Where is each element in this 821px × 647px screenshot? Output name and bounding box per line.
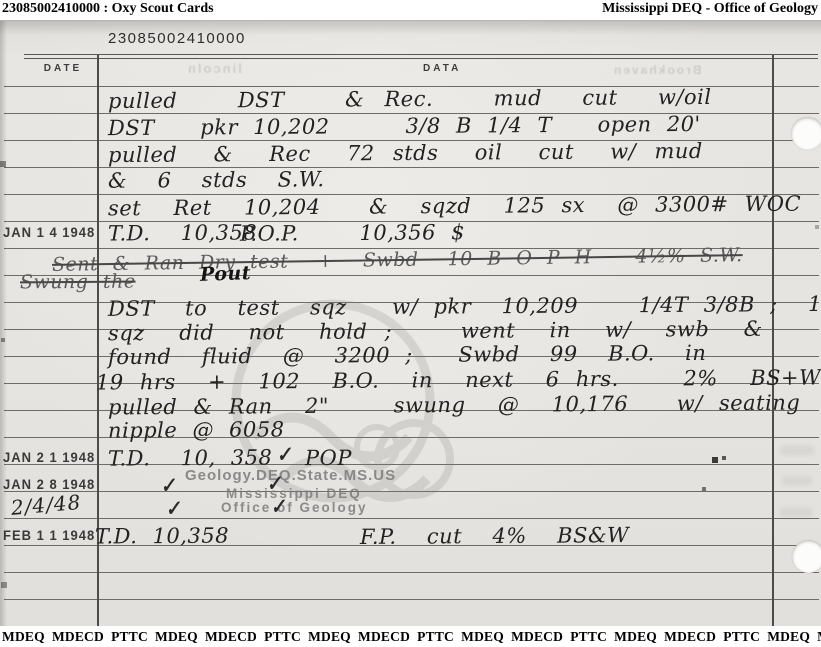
- entry-text: set Ret 10,204 & sqzd 125 sx @ 3300# WOC: [108, 192, 801, 221]
- page-footer-bar: MDEQ MDECD PTTC MDEQ MDECD PTTC MDEQ MDE…: [0, 626, 821, 647]
- page-title-left: 23085002410000 : Oxy Scout Cards: [2, 1, 214, 17]
- scanned-scout-card: lincoln Brookhaven 23085002410000 DATE D…: [0, 20, 821, 627]
- date-stamp: JAN 2 8 1948: [3, 476, 99, 492]
- entry-text: pulled DST & Rec. mud cut w/oil: [108, 85, 712, 113]
- entry-text-crossed-out: Swung the: [20, 271, 136, 294]
- ledger-row: pulled DST & Rec. mud cut w/oil: [0, 87, 775, 114]
- punch-hole: [791, 117, 821, 150]
- entry-text-secondary: F.P. cut 4% BS&W: [360, 523, 629, 549]
- entry-text: T.D. 10,358: [108, 220, 257, 245]
- checkmark-icon: ✓: [158, 474, 178, 498]
- ledger-row: FEB 1 1 1948 T.D. 10,358 F.P. cut 4% BS&…: [0, 524, 775, 551]
- ledger-row: 2/4/48 ✓ ✓: [0, 498, 775, 525]
- ledger-row: pulled & Rec 72 stds oil cut w/ mud: [0, 141, 775, 168]
- entry-text: pulled & Ran 2" swung @ 10,176 w/ seatin…: [108, 391, 800, 420]
- page-title-right: Mississippi DEQ - Office of Geology: [602, 1, 818, 17]
- ledger-row: JAN 1 4 1948 T.D. 10,358 P.O.P. 10,356 $: [0, 221, 775, 248]
- ledger-row: nipple @ 6058: [0, 418, 775, 445]
- bleedthrough-smudge: [780, 446, 814, 455]
- date-stamp: JAN 1 4 1948: [3, 224, 99, 240]
- date-stamp: FEB 1 1 1948: [3, 527, 99, 543]
- entry-text-secondary: Pout: [200, 262, 252, 286]
- scan-specks: [0, 21, 2, 23]
- page-header-bar: 23085002410000 : Oxy Scout Cards Mississ…: [0, 0, 821, 20]
- ledger-row: JAN 2 8 1948 ✓ ✓: [0, 473, 775, 500]
- bleedthrough-town-text: Brookhaven: [612, 63, 701, 77]
- ledger-row: set Ret 10,204 & sqzd 125 sx @ 3300# WOC: [0, 194, 775, 221]
- checkmark-icon: ✓: [264, 472, 284, 496]
- entry-text-secondary: P.O.P. 10,356 $: [240, 220, 465, 246]
- entry-text: T.D. 10,358: [95, 524, 229, 549]
- card-api-number: 23085002410000: [108, 30, 246, 47]
- date-stamp: JAN 2 1 1948: [3, 449, 99, 465]
- entry-text: & 6 stds S.W.: [108, 167, 325, 193]
- entry-text: 19 hrs + 102 B.O. in next 6 hrs. 2% BS+W: [96, 365, 821, 394]
- bleedthrough-county-text: lincoln: [186, 61, 242, 76]
- checkmark-icon: ✓: [163, 497, 183, 521]
- entry-text: pulled & Rec 72 stds oil cut w/ mud: [108, 139, 703, 167]
- ledger-row: pulled & Ran 2" swung @ 10,176 w/ seatin…: [0, 393, 775, 420]
- checkmark-icon: ✓: [274, 443, 294, 467]
- ledger-row: JAN 2 1 1948 T.D. 10, 358 POP ✓: [0, 446, 775, 473]
- entry-text: DST pkr 10,202 3/8 B 1/4 T open 20': [108, 112, 701, 140]
- entry-text-secondary: POP: [305, 446, 352, 470]
- date-column-header: DATE: [30, 63, 96, 74]
- bleedthrough-smudge: [780, 508, 812, 517]
- footer-repeat-text: MDEQ MDECD PTTC MDEQ MDECD PTTC MDEQ MDE…: [2, 629, 821, 645]
- ledger-row: & 6 stds S.W.: [0, 168, 775, 195]
- entry-text: nipple @ 6058: [108, 417, 285, 442]
- entry-text: found fluid @ 3200 ; Swbd 99 B.O. in: [108, 341, 707, 369]
- checkmark-icon: ✓: [268, 495, 288, 519]
- table-top-double-rule: [24, 54, 818, 59]
- data-column-header: DATA: [423, 63, 461, 74]
- ledger-row: DST pkr 10,202 3/8 B 1/4 T open 20': [0, 114, 775, 141]
- bleedthrough-smudge: [782, 476, 812, 485]
- date-handwritten: 2/4/48: [10, 490, 82, 520]
- punch-hole: [792, 540, 821, 573]
- entry-text: T.D. 10, 358: [108, 445, 273, 470]
